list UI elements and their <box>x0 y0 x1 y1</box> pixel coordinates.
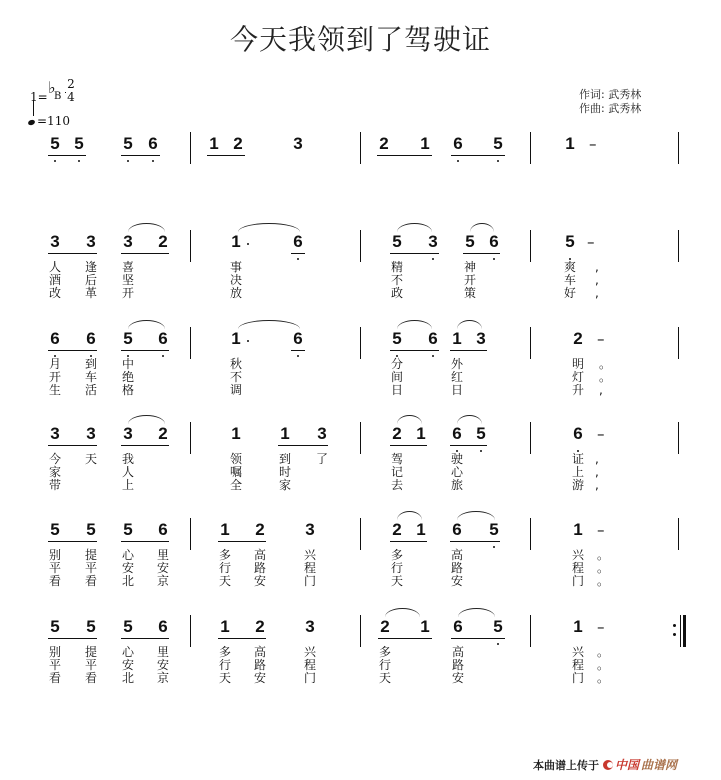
lyric-char: 天 <box>84 453 98 466</box>
note: 5 <box>48 617 62 637</box>
lyric-punct: , <box>595 479 599 492</box>
note: 5 <box>72 134 86 154</box>
key-note: B <box>54 91 61 102</box>
note: 5 <box>463 232 477 252</box>
eighth-underline <box>390 253 439 254</box>
eighth-underline <box>121 638 169 639</box>
lyric-punct: 。 <box>597 575 609 588</box>
time-divider <box>65 92 66 93</box>
note: 1 <box>450 329 464 349</box>
barline <box>678 230 679 262</box>
logo-icon <box>603 760 613 770</box>
note: 6 <box>450 520 464 540</box>
slur-arc <box>128 320 165 329</box>
eighth-underline <box>390 350 439 351</box>
note: 6 <box>571 424 585 444</box>
time-top: 2 <box>67 77 75 91</box>
eighth-underline <box>48 155 86 156</box>
note: 5 <box>121 329 135 349</box>
eighth-underline <box>121 155 160 156</box>
note: 2 <box>377 134 391 154</box>
note: 2 <box>156 424 170 444</box>
note: 2 <box>253 520 267 540</box>
note: 1 <box>571 520 585 540</box>
lower-octave-dot <box>432 258 434 260</box>
sustain-dash: – <box>589 134 597 154</box>
eighth-underline <box>218 638 266 639</box>
slur-arc <box>457 415 482 424</box>
lyric-char: 升 <box>571 384 585 397</box>
note: 3 <box>426 232 440 252</box>
barline <box>190 518 191 550</box>
eighth-underline <box>450 541 500 542</box>
note: 5 <box>563 232 577 252</box>
lyric-char: 北 <box>121 575 135 588</box>
note: 6 <box>156 520 170 540</box>
time-signature: 2 4 <box>65 78 77 104</box>
lyric-char: 日 <box>390 384 404 397</box>
note: 5 <box>487 520 501 540</box>
lyric-char: 旅 <box>450 479 464 492</box>
eighth-underline <box>450 350 487 351</box>
lower-octave-dot <box>457 160 459 162</box>
slur-arc <box>238 223 300 232</box>
repeat-barline-thick <box>683 615 686 647</box>
note: 6 <box>84 329 98 349</box>
lower-octave-dot <box>78 160 80 162</box>
barline <box>190 132 191 164</box>
note: 2 <box>156 232 170 252</box>
lyric-char: 格 <box>121 384 135 397</box>
barline <box>678 132 679 164</box>
note: 3 <box>84 424 98 444</box>
lyric-char: 看 <box>48 672 62 685</box>
composer-credit: 作曲: 武秀林 <box>579 102 641 116</box>
note: 6 <box>156 329 170 349</box>
logo-brand: 曲谱网 <box>641 756 677 773</box>
eighth-underline <box>48 445 97 446</box>
note: 1 <box>278 424 292 444</box>
lower-octave-dot <box>297 258 299 260</box>
barline <box>190 422 191 454</box>
eighth-underline <box>291 350 305 351</box>
note: 3 <box>48 232 62 252</box>
note: 1 <box>229 424 243 444</box>
note: 2 <box>571 329 585 349</box>
eighth-underline <box>48 350 97 351</box>
eighth-underline <box>121 445 169 446</box>
barline <box>190 615 191 647</box>
quarter-note-icon <box>33 100 34 116</box>
lyric-char: 调 <box>229 384 243 397</box>
note: 3 <box>121 424 135 444</box>
eighth-underline <box>450 445 487 446</box>
lower-octave-dot <box>497 643 499 645</box>
barline <box>190 327 191 359</box>
logo-cn: 中国 <box>615 756 639 773</box>
note: 1 <box>418 134 432 154</box>
slur-arc <box>458 608 495 617</box>
slur-arc <box>397 511 422 520</box>
lower-octave-dot <box>127 160 129 162</box>
slur-arc <box>397 415 422 424</box>
note: 5 <box>121 617 135 637</box>
repeat-dot <box>673 624 676 627</box>
slur-arc <box>128 415 165 424</box>
note: 5 <box>84 520 98 540</box>
lyric-char: 看 <box>48 575 62 588</box>
lyric-char: 门 <box>303 672 317 685</box>
slur-arc <box>385 608 420 617</box>
lyric-char: 改 <box>48 287 62 300</box>
note: 5 <box>474 424 488 444</box>
note: 1 <box>418 617 432 637</box>
augmentation-dot <box>247 243 249 245</box>
note: 5 <box>390 329 404 349</box>
lyric-char: 安 <box>253 575 267 588</box>
barline <box>678 327 679 359</box>
lyric-char: 天 <box>218 575 232 588</box>
slur-arc <box>457 511 495 520</box>
note: 5 <box>491 134 505 154</box>
lyric-char: 天 <box>390 575 404 588</box>
note: 3 <box>315 424 329 444</box>
lyric-char: 去 <box>390 479 404 492</box>
note: 1 <box>571 617 585 637</box>
note: 3 <box>121 232 135 252</box>
note: 6 <box>451 134 465 154</box>
eighth-underline <box>121 253 169 254</box>
lyric-char: 上 <box>121 479 135 492</box>
note: 3 <box>303 617 317 637</box>
lyric-char: 了 <box>315 453 329 466</box>
barline <box>530 422 531 454</box>
note: 5 <box>48 134 62 154</box>
eighth-underline <box>377 155 432 156</box>
barline <box>360 230 361 262</box>
sustain-dash: – <box>587 232 595 252</box>
lyric-char: 好 <box>563 287 577 300</box>
note: 1 <box>414 424 428 444</box>
lyric-char: 日 <box>450 384 464 397</box>
eighth-underline <box>390 445 427 446</box>
lyric-char: 门 <box>571 575 585 588</box>
lyric-char: 京 <box>156 575 170 588</box>
barline <box>360 132 361 164</box>
barline <box>190 230 191 262</box>
note: 6 <box>451 617 465 637</box>
tempo-value: =110 <box>37 114 70 128</box>
note: 1 <box>229 232 243 252</box>
sustain-dash: – <box>597 329 605 349</box>
repeat-dot <box>673 633 676 636</box>
lyric-char: 全 <box>229 479 243 492</box>
eighth-underline <box>278 445 328 446</box>
note: 5 <box>491 617 505 637</box>
slur-arc <box>397 223 432 232</box>
lyric-char: 看 <box>84 575 98 588</box>
barline <box>530 518 531 550</box>
lyric-char: 策 <box>463 287 477 300</box>
note: 2 <box>253 617 267 637</box>
footer: 本曲谱上传于 中国 曲谱网 <box>533 756 677 773</box>
credits: 作词: 武秀林 作曲: 武秀林 <box>579 88 641 116</box>
note: 2 <box>390 424 404 444</box>
lyric-char: 放 <box>229 287 243 300</box>
note: 3 <box>474 329 488 349</box>
eighth-underline <box>463 253 500 254</box>
barline <box>530 327 531 359</box>
lyric-char: 家 <box>278 479 292 492</box>
sustain-dash: – <box>597 424 605 444</box>
footer-text: 本曲谱上传于 <box>533 757 599 773</box>
note: 1 <box>563 134 577 154</box>
lyric-char: 京 <box>156 672 170 685</box>
lower-octave-dot <box>432 355 434 357</box>
note: 2 <box>390 520 404 540</box>
note: 5 <box>84 617 98 637</box>
lyric-char: 天 <box>218 672 232 685</box>
eighth-underline <box>378 638 432 639</box>
barline <box>530 132 531 164</box>
lower-octave-dot <box>297 355 299 357</box>
note: 3 <box>84 232 98 252</box>
slur-arc <box>397 320 432 329</box>
note: 1 <box>218 617 232 637</box>
lower-octave-dot <box>493 546 495 548</box>
note: 1 <box>207 134 221 154</box>
lyric-char: 看 <box>84 672 98 685</box>
eighth-underline <box>451 155 505 156</box>
lyric-char: 安 <box>451 672 465 685</box>
sustain-dash: – <box>597 520 605 540</box>
lyric-punct: 。 <box>597 672 609 685</box>
note: 6 <box>156 617 170 637</box>
site-logo[interactable]: 中国 曲谱网 <box>603 756 677 773</box>
lower-octave-dot <box>54 160 56 162</box>
lyric-char: 带 <box>48 479 62 492</box>
time-bottom: 4 <box>67 90 75 104</box>
note: 2 <box>378 617 392 637</box>
note: 6 <box>487 232 501 252</box>
lyric-char: 游 <box>571 479 585 492</box>
eighth-underline <box>48 253 97 254</box>
barline <box>678 518 679 550</box>
lower-octave-dot <box>480 450 482 452</box>
lyric-char: 开 <box>121 287 135 300</box>
slur-arc <box>470 223 494 232</box>
lyric-char: 安 <box>253 672 267 685</box>
lyric-char: 门 <box>303 575 317 588</box>
lower-octave-dot <box>152 160 154 162</box>
eighth-underline <box>207 155 245 156</box>
eighth-underline <box>121 350 169 351</box>
note: 5 <box>390 232 404 252</box>
lower-octave-dot <box>162 355 164 357</box>
lyricist-credit: 作词: 武秀林 <box>579 88 641 102</box>
tempo-marking: =110 <box>28 114 70 128</box>
lyric-punct: , <box>595 287 599 300</box>
slur-arc <box>238 320 300 329</box>
note: 5 <box>48 520 62 540</box>
barline <box>530 615 531 647</box>
note: 1 <box>229 329 243 349</box>
slur-arc <box>457 320 482 329</box>
lower-octave-dot <box>493 258 495 260</box>
barline <box>530 230 531 262</box>
barline <box>678 422 679 454</box>
note: 6 <box>146 134 160 154</box>
lyric-char: 北 <box>121 672 135 685</box>
note: 6 <box>450 424 464 444</box>
lyric-char: 门 <box>571 672 585 685</box>
augmentation-dot <box>247 340 249 342</box>
lyric-char: 革 <box>84 287 98 300</box>
lyric-char: 天 <box>378 672 392 685</box>
lyric-char: 政 <box>390 287 404 300</box>
slur-arc <box>128 223 165 232</box>
barline <box>360 327 361 359</box>
note: 1 <box>414 520 428 540</box>
note: 3 <box>303 520 317 540</box>
eighth-underline <box>451 638 505 639</box>
eighth-underline <box>121 541 169 542</box>
eighth-underline <box>48 638 97 639</box>
barline <box>360 615 361 647</box>
eighth-underline <box>218 541 266 542</box>
repeat-barline-thin <box>680 615 681 647</box>
note: 5 <box>121 520 135 540</box>
note: 6 <box>48 329 62 349</box>
note: 6 <box>291 232 305 252</box>
note: 6 <box>291 329 305 349</box>
eighth-underline <box>291 253 305 254</box>
note: 3 <box>291 134 305 154</box>
lyric-char: 活 <box>84 384 98 397</box>
lower-octave-dot <box>497 160 499 162</box>
song-title: 今天我领到了驾驶证 <box>0 18 721 58</box>
lyric-char: 安 <box>450 575 464 588</box>
barline <box>360 518 361 550</box>
note: 2 <box>231 134 245 154</box>
eighth-underline <box>390 541 427 542</box>
lyric-char: 生 <box>48 384 62 397</box>
note: 6 <box>426 329 440 349</box>
barline <box>360 422 361 454</box>
eighth-underline <box>48 541 97 542</box>
note-head-icon <box>27 119 35 126</box>
note: 1 <box>218 520 232 540</box>
sustain-dash: – <box>597 617 605 637</box>
lyric-punct: , <box>599 384 603 397</box>
note: 3 <box>48 424 62 444</box>
note: 5 <box>121 134 135 154</box>
